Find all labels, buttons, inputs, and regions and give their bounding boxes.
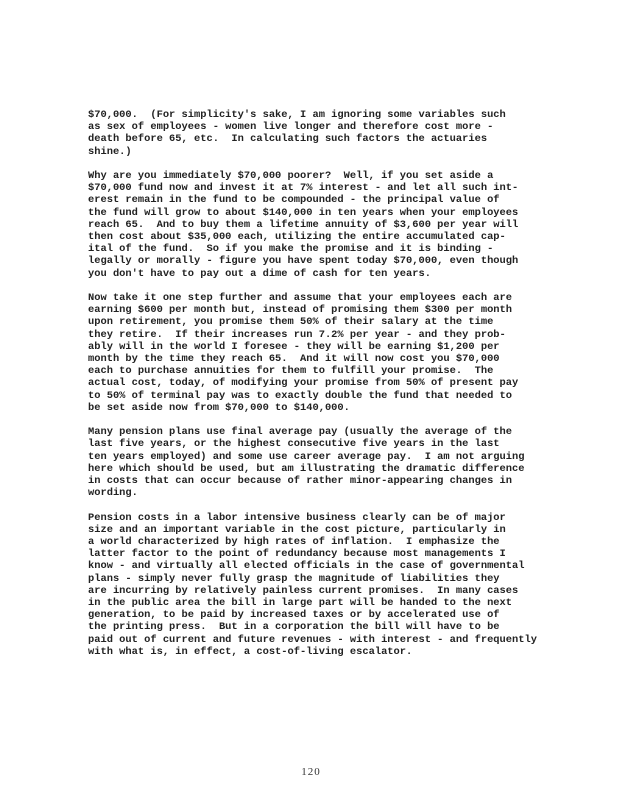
- paragraph: Many pension plans use final average pay…: [88, 426, 568, 499]
- paragraph: Pension costs in a labor intensive busin…: [88, 512, 568, 658]
- document-body-text: $70,000. (For simplicity's sake, I am ig…: [88, 109, 568, 658]
- paragraph: $70,000. (For simplicity's sake, I am ig…: [88, 109, 568, 158]
- page-number: 120: [0, 766, 622, 778]
- paragraph: Now take it one step further and assume …: [88, 292, 568, 414]
- document-page: $70,000. (For simplicity's sake, I am ig…: [0, 0, 622, 810]
- paragraph: Why are you immediately $70,000 poorer? …: [88, 170, 568, 280]
